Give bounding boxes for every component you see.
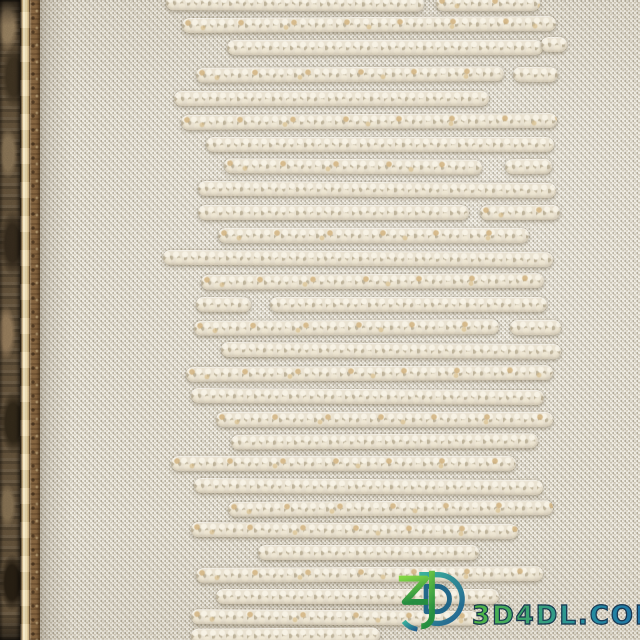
tuft-row-segment: [191, 628, 380, 640]
tuft-row-segment: [270, 297, 547, 312]
tuft-row-segment: [510, 320, 561, 335]
tuft-rows-layer: [0, 0, 640, 640]
tuft-row-segment: [198, 205, 469, 220]
tuft-row-segment: [227, 40, 543, 55]
tuft-row-segment: [194, 319, 499, 336]
tuft-row-segment: [198, 181, 556, 198]
tuft-row-segment: [513, 67, 558, 82]
tuft-row-segment: [221, 342, 561, 359]
tuft-row-segment: [228, 500, 553, 517]
tuft-row-segment: [181, 113, 557, 130]
tuft-row-segment: [171, 456, 516, 471]
tuft-row-segment: [196, 66, 504, 83]
frame-gilt-strip: [20, 0, 30, 640]
tuft-row-segment: [541, 37, 567, 52]
frame-inner-brown-strip: [30, 0, 40, 640]
tuft-row-segment: [436, 0, 540, 11]
tuft-row-segment: [505, 159, 552, 174]
tuft-row-segment: [201, 273, 544, 290]
tuft-row-segment: [206, 137, 554, 152]
tuft-row-segment: [224, 158, 482, 175]
tuft-row-segment: [182, 16, 556, 33]
tuft-row-segment: [231, 433, 538, 450]
tuft-row-segment: [174, 91, 489, 106]
tuft-row-segment: [196, 297, 251, 312]
frame-outer-wood: [0, 0, 20, 640]
tuft-row-segment: [216, 412, 553, 427]
photo-scene: 3D4DL.COM: [0, 0, 640, 640]
tuft-row-segment: [191, 388, 544, 405]
tuft-row-segment: [191, 609, 478, 626]
tuft-row-segment: [480, 205, 560, 220]
tuft-row-segment: [216, 589, 499, 604]
tuft-row-segment: [191, 522, 518, 539]
tuft-row-segment: [258, 545, 479, 560]
tuft-row-segment: [196, 566, 543, 583]
tuft-row-segment: [166, 0, 424, 12]
tuft-row-segment: [218, 228, 529, 243]
tuft-row-segment: [194, 478, 543, 495]
tuft-row-segment: [186, 365, 553, 382]
tuft-row-segment: [163, 250, 553, 267]
